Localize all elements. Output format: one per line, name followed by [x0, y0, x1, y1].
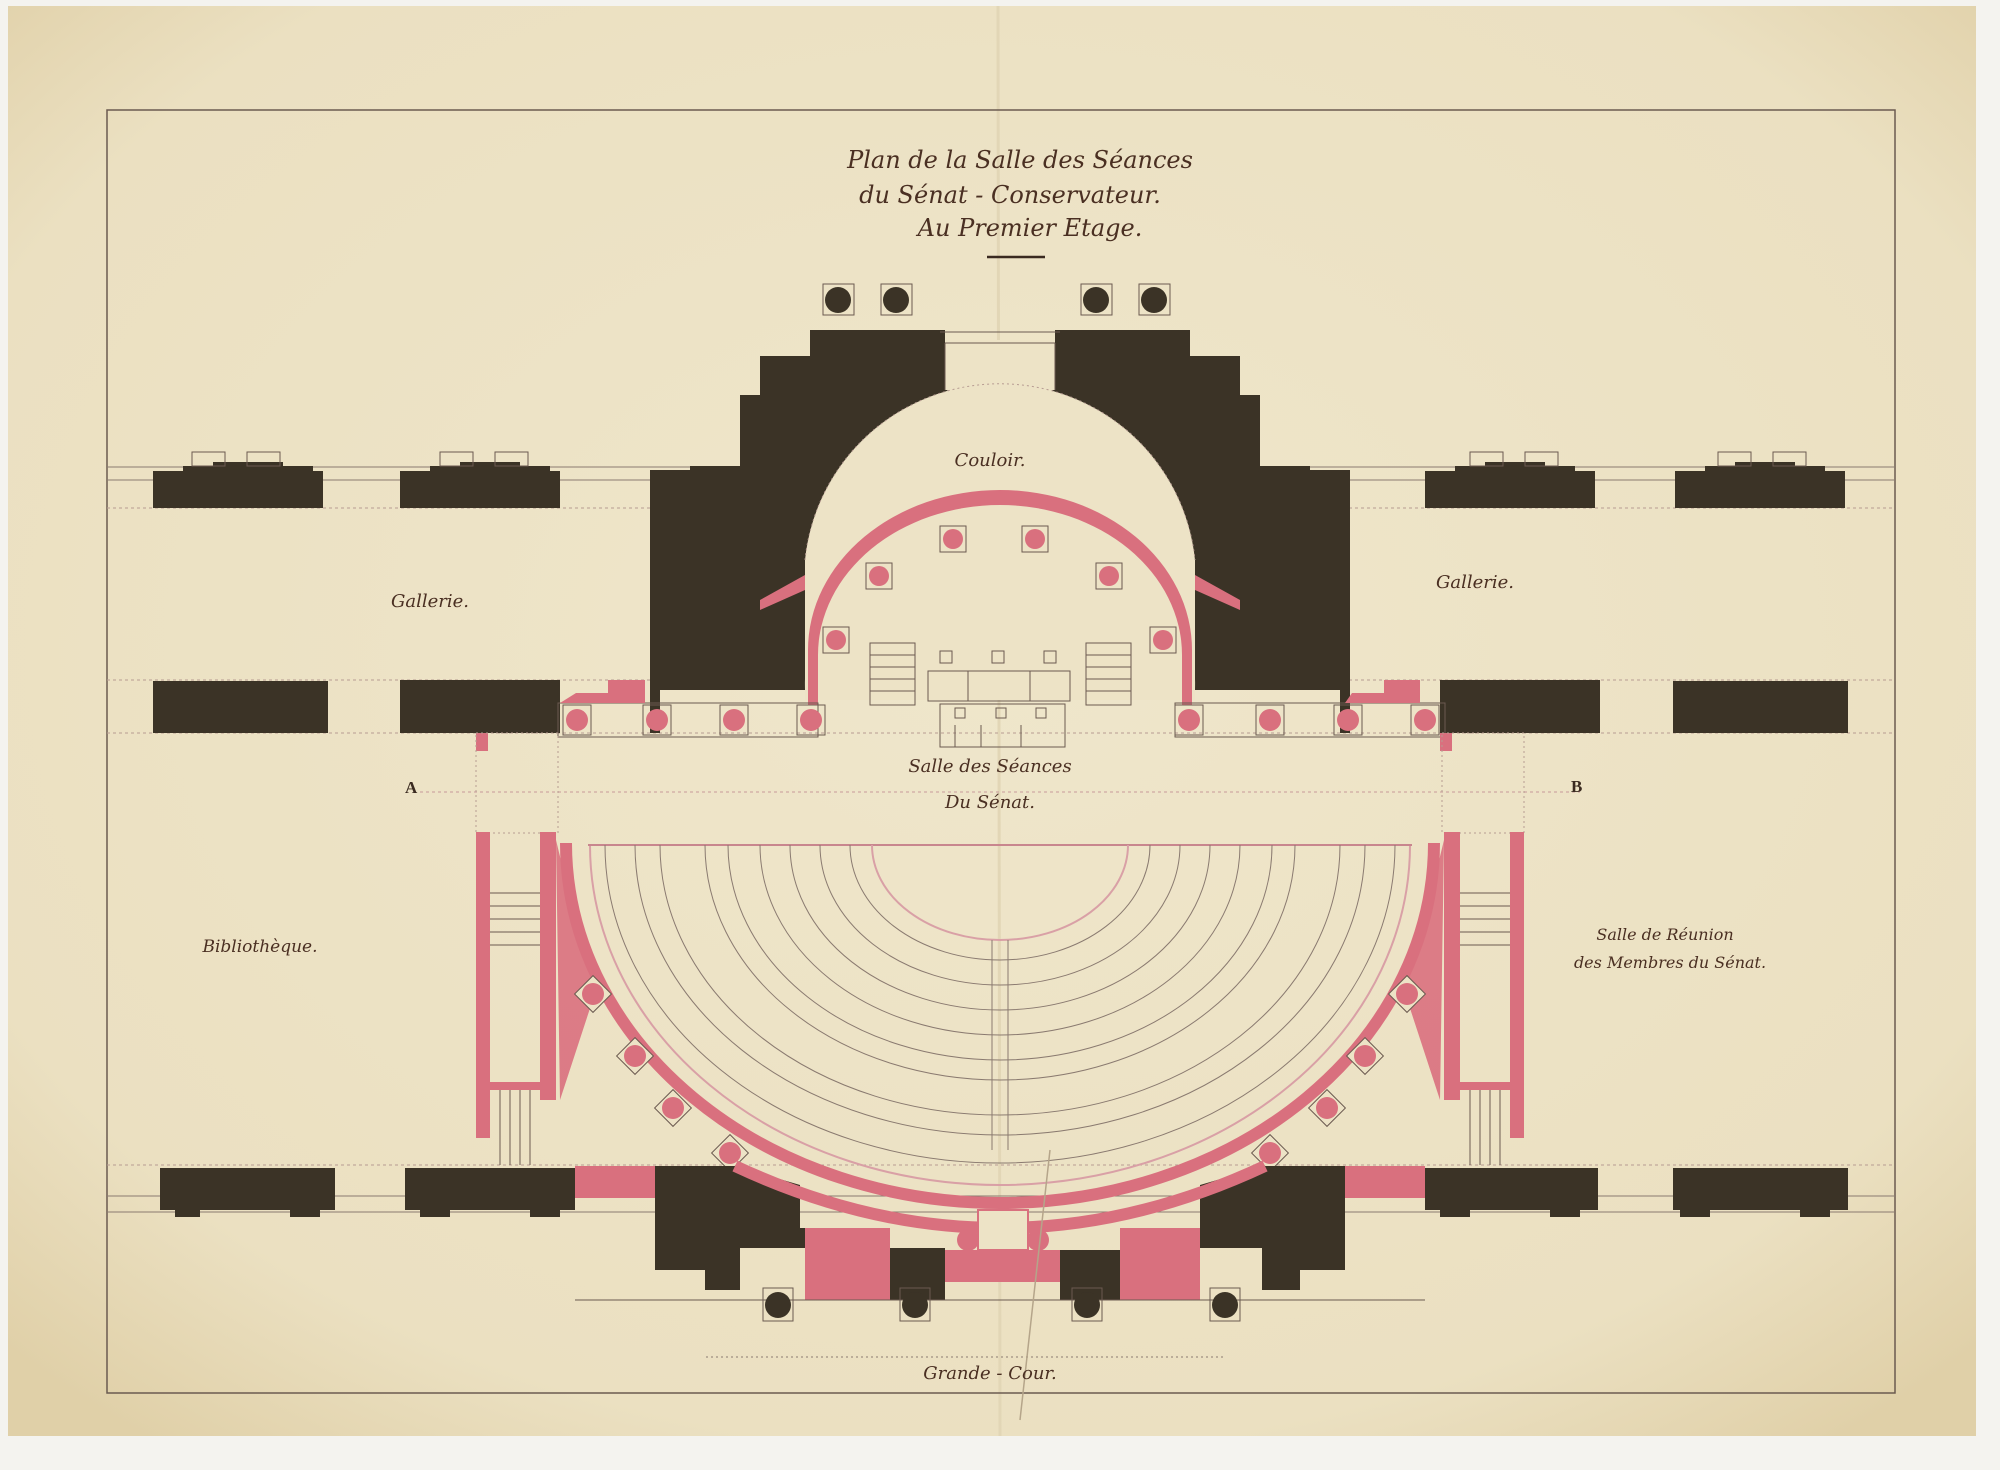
pier	[405, 1168, 575, 1217]
label-membres-senat: des Membres du Sénat.	[1574, 953, 1766, 972]
pier	[1673, 681, 1848, 733]
section-marker-a: A	[405, 778, 418, 797]
label-gallerie-right: Gallerie.	[1436, 572, 1514, 593]
label-salle-seances: Salle des Séances	[908, 756, 1071, 777]
label-bibliotheque: Bibliothèque.	[201, 937, 317, 957]
label-du-senat: Du Sénat.	[944, 792, 1035, 813]
floor-plan-sheet: Plan de la Salle des Séances du Sénat - …	[0, 0, 2000, 1470]
label-couloir: Couloir.	[955, 450, 1026, 471]
pier	[160, 1168, 335, 1217]
pier	[1425, 1168, 1598, 1217]
section-marker-b: B	[1571, 777, 1582, 796]
title-line-1: Plan de la Salle des Séances	[846, 146, 1193, 174]
pier	[153, 681, 328, 733]
title-line-3: Au Premier Etage.	[916, 214, 1143, 242]
label-gallerie-left: Gallerie.	[391, 591, 469, 612]
label-salle-reunion: Salle de Réunion	[1596, 925, 1733, 944]
label-grande-cour: Grande - Cour.	[923, 1363, 1057, 1384]
pier	[1673, 1168, 1848, 1217]
title-line-2: du Sénat - Conservateur.	[859, 181, 1161, 209]
